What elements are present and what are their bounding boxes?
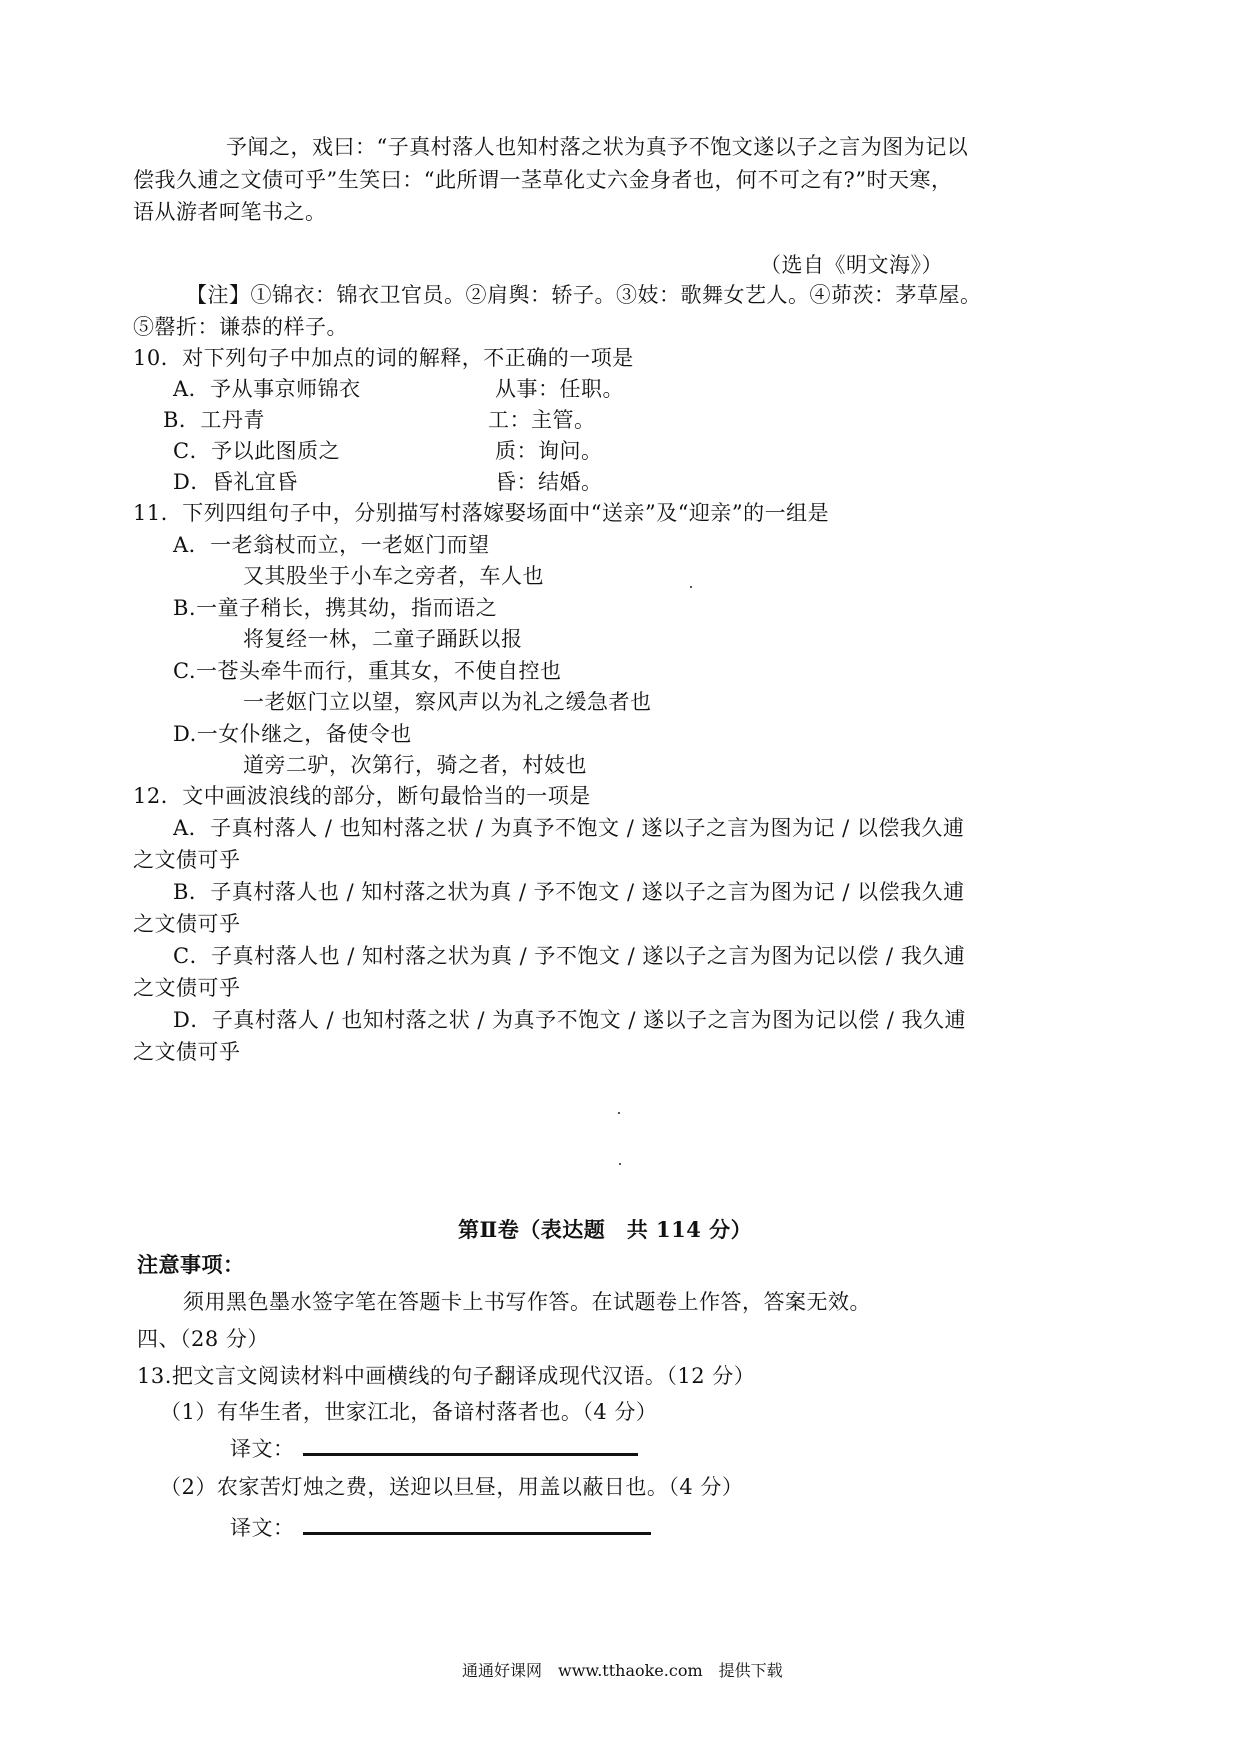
answer-label: 译文：	[230, 1516, 295, 1540]
q13-item-2-answer: 译文：	[230, 1513, 651, 1543]
q10-option-b-explain: 工：主管。	[488, 405, 596, 435]
passage-line-1: 予闻之，戏曰：“子真村落人也知村落之状为真予不饱文遂以子之言为图为记以	[226, 132, 968, 162]
q12-option-d-line1: D．子真村落人 / 也知村落之状 / 为真予不饱文 / 遂以子之言为图为记以偿 …	[173, 1005, 966, 1035]
notice-text: 须用黑色墨水签字笔在答题卡上书写作答。在试题卷上作答，答案无效。	[183, 1287, 871, 1317]
q13-stem: 13.把文言文阅读材料中画横线的句子翻译成现代汉语。（12 分）	[137, 1361, 755, 1391]
q11-option-d-line1: D.一女仆继之，备使令也	[173, 719, 412, 749]
q10-option-a-explain: 从事：任职。	[495, 374, 624, 404]
exam-page: 予闻之，戏曰：“子真村落人也知村落之状为真予不饱文遂以子之言为图为记以 偿我久逋…	[0, 0, 1240, 1754]
passage-notes-line-2: ⑤罄折：谦恭的样子。	[133, 312, 348, 342]
section-four-heading: 四、（28 分）	[137, 1324, 269, 1354]
passage-notes-line-1: 【注】①锦衣：锦衣卫官员。②肩舆：轿子。③妓：歌舞女艺人。④茆茨：茅草屋。	[186, 280, 982, 310]
q12-option-d-line2: 之文债可乎	[133, 1037, 241, 1067]
q12-option-c-line1: C．子真村落人也 / 知村落之状为真 / 予不饱文 / 遂以子之言为图为记以偿 …	[173, 941, 965, 971]
footer-watermark: 通通好课网 www.tthaoke.com 提供下载	[462, 1656, 783, 1686]
q11-option-c-line1: C.一苍头牵牛而行，重其女，不使自控也	[173, 656, 562, 686]
passage-source: （选自《明文海》）	[760, 250, 943, 280]
part2-title: 第Ⅱ卷（表达题 共 114 分）	[458, 1215, 752, 1245]
q13-item-2: （2）农家苦灯烛之费，送迎以旦昼，用盖以蔽日也。（4 分）	[160, 1472, 743, 1502]
answer-label: 译文：	[230, 1437, 295, 1461]
q11-option-a-line1: A．一老翁杖而立，一老妪门而望	[173, 530, 490, 560]
q10-option-c-explain: 质：询问。	[495, 436, 603, 466]
q12-option-a-line1: A．子真村落人 / 也知村落之状 / 为真予不饱文 / 遂以子之言为图为记 / …	[173, 813, 964, 843]
q10-stem: 10．对下列句子中加点的词的解释，不正确的一项是	[133, 343, 634, 373]
q10-option-b: B．工丹青	[163, 405, 265, 435]
q10-option-c: C．予以此图质之	[173, 436, 340, 466]
q11-option-b-line2: 将复经一林，二童子踊跃以报	[243, 624, 523, 654]
q10-option-a: A．予从事京师锦衣	[173, 374, 361, 404]
q11-stem: 11．下列四组句子中，分别描写村落嫁娶场面中“送亲”及“迎亲”的一组是	[133, 498, 829, 528]
stray-mark	[690, 586, 692, 588]
answer-blank-1[interactable]	[303, 1435, 638, 1456]
passage-line-2: 偿我久逋之文债可乎”生笑曰：“此所谓一茎草化丈六金身者也，何不可之有?”时天寒，	[133, 165, 952, 195]
q12-option-a-line2: 之文债可乎	[133, 845, 241, 875]
q11-option-b-line1: B.一童子稍长，携其幼，指而语之	[173, 593, 497, 623]
q12-option-c-line2: 之文债可乎	[133, 973, 241, 1003]
notice-heading: 注意事项：	[137, 1250, 245, 1280]
q11-option-d-line2: 道旁二驴，次第行，骑之者，村妓也	[243, 750, 587, 780]
stray-mark	[619, 1163, 621, 1165]
q12-option-b-line2: 之文债可乎	[133, 909, 241, 939]
q12-stem: 12．文中画波浪线的部分，断句最恰当的一项是	[133, 781, 591, 811]
stray-mark	[618, 1112, 620, 1114]
q11-option-c-line2: 一老妪门立以望，察风声以为礼之缓急者也	[243, 687, 652, 717]
answer-blank-2[interactable]	[303, 1514, 651, 1535]
q13-item-1-answer: 译文：	[230, 1434, 638, 1464]
q10-option-d: D．昏礼宜昏	[173, 467, 298, 497]
q13-item-1: （1）有华生者，世家江北，备谙村落者也。（4 分）	[160, 1397, 657, 1427]
q12-option-b-line1: B．子真村落人也 / 知村落之状为真 / 予不饱文 / 遂以子之言为图为记 / …	[173, 877, 965, 907]
passage-line-3: 语从游者呵笔书之。	[133, 197, 327, 227]
q10-option-d-explain: 昏：结婚。	[495, 467, 603, 497]
q11-option-a-line2: 又其股坐于小车之旁者，车人也	[243, 561, 544, 591]
